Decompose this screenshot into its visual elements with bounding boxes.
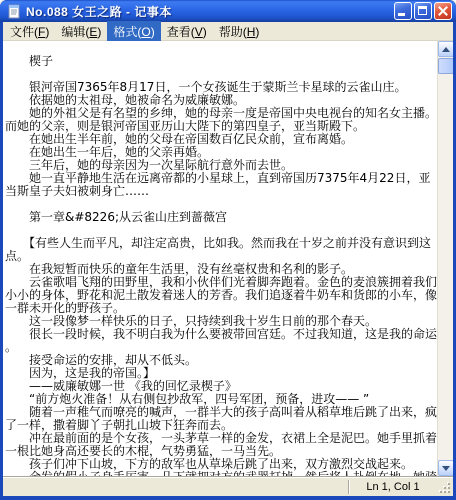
window-title: No.088 女王之路 - 记事本: [26, 3, 390, 20]
statusbar: Ln 1, Col 1: [3, 476, 453, 496]
menu-help[interactable]: 帮助(H): [213, 21, 266, 42]
menu-file[interactable]: 文件(F): [4, 21, 55, 42]
minimize-icon: [398, 13, 405, 16]
scrollbar-thumb[interactable]: [438, 58, 453, 74]
editor-area: 楔子 银河帝国7365年8月17日，一个女孩诞生于蒙斯兰卡星球的云雀山庄。 依据…: [3, 41, 453, 476]
vertical-scrollbar[interactable]: [437, 41, 453, 476]
maximize-icon: [418, 6, 427, 15]
menu-view[interactable]: 查看(V): [161, 21, 213, 42]
scroll-up-button[interactable]: [438, 41, 453, 57]
resize-grip[interactable]: [437, 477, 453, 496]
close-button[interactable]: [434, 2, 452, 20]
titlebar[interactable]: No.088 女王之路 - 记事本: [0, 0, 456, 22]
scroll-down-button[interactable]: [438, 460, 453, 476]
scroll-down-icon: [442, 466, 450, 471]
notepad-icon: [6, 3, 22, 19]
menu-edit[interactable]: 编辑(E): [55, 21, 107, 42]
editor-text[interactable]: 楔子 银河帝国7365年8月17日，一个女孩诞生于蒙斯兰卡星球的云雀山庄。 依据…: [3, 41, 437, 476]
scroll-up-icon: [442, 47, 450, 52]
maximize-button[interactable]: [414, 2, 432, 20]
caret-position: Ln 1, Col 1: [349, 481, 437, 493]
minimize-button[interactable]: [394, 2, 412, 20]
notepad-window: No.088 女王之路 - 记事本 文件(F) 编辑(E) 格式(O) 查看(V…: [0, 0, 456, 500]
menubar: 文件(F) 编辑(E) 格式(O) 查看(V) 帮助(H): [3, 22, 453, 41]
menu-format[interactable]: 格式(O): [107, 21, 160, 42]
